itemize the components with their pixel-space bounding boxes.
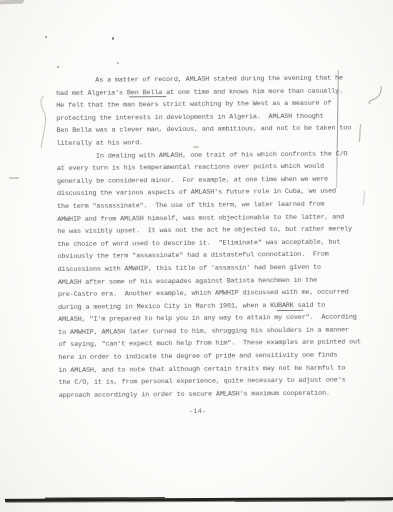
text-line: approach accordingly in order to secure … bbox=[59, 387, 359, 402]
scan-speck bbox=[57, 66, 59, 68]
scan-smudge-top-left bbox=[0, 0, 24, 4]
memo-body-text: As a matter of record, AMLASH stated dur… bbox=[56, 72, 359, 402]
pen-mark-right-mid bbox=[356, 123, 364, 143]
pen-hook-right bbox=[367, 84, 385, 106]
scan-speck bbox=[117, 62, 119, 64]
scan-mark-left-margin bbox=[9, 177, 19, 179]
text-line: Ben Bella was a clever man, devious, and… bbox=[56, 123, 356, 138]
page-number: -14- bbox=[189, 408, 207, 415]
pen-squiggle-left bbox=[30, 94, 52, 150]
scanned-document-page: As a matter of record, AMLASH stated dur… bbox=[0, 0, 393, 512]
pen-mark-right-low bbox=[361, 190, 367, 206]
scan-speck bbox=[112, 37, 114, 40]
scan-speck bbox=[45, 36, 47, 38]
scan-edge-bottom bbox=[5, 497, 393, 502]
